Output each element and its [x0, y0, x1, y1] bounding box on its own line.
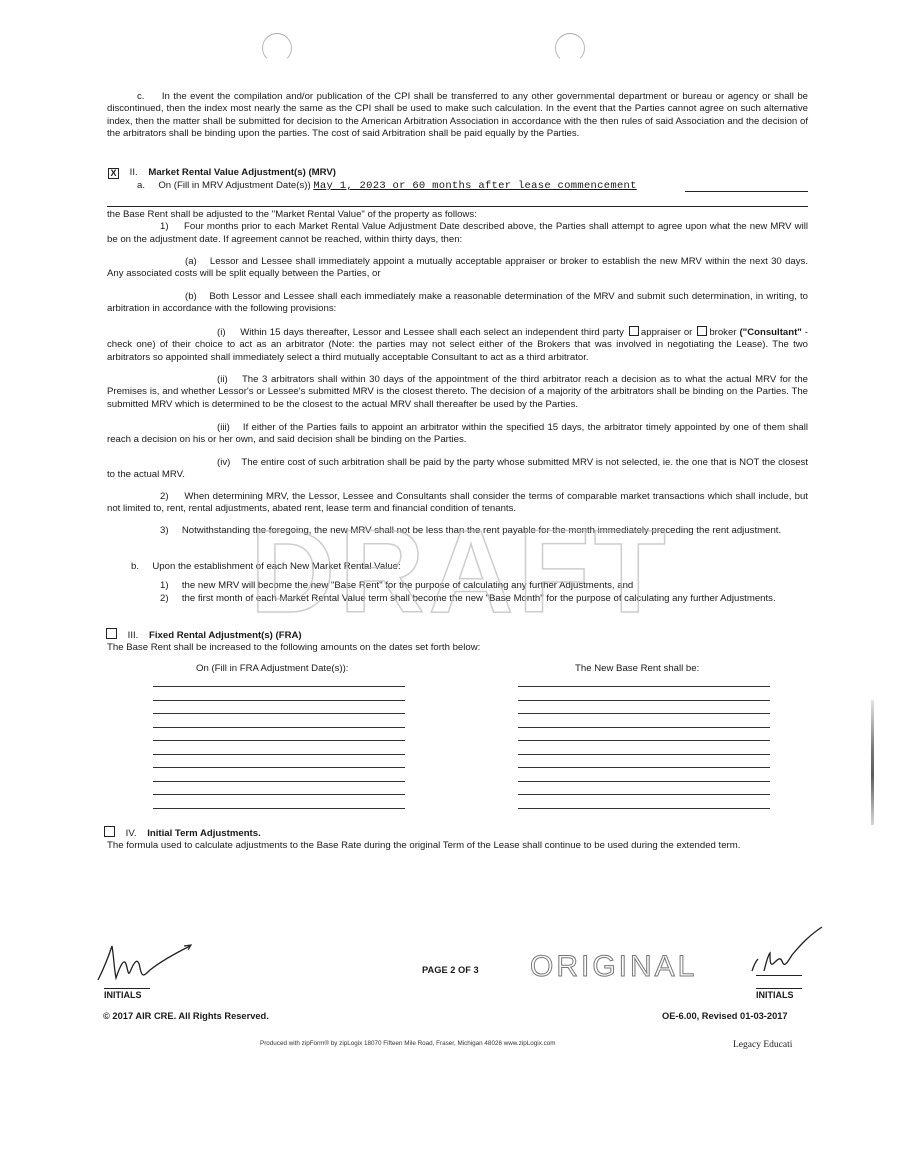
mrv-item-1a: (a) Lessor and Lessee shall immediately … [107, 256, 808, 281]
section-iii-title: Fixed Rental Adjustment(s) (FRA) [149, 630, 302, 641]
fra-rent-line[interactable] [518, 740, 770, 741]
appraiser-option-label: appraiser or [641, 327, 692, 338]
mrv-date-row: a. On (Fill in MRV Adjustment Date(s)) M… [137, 180, 637, 192]
fra-date-line[interactable] [153, 794, 405, 795]
initials-line-right-2 [756, 988, 802, 989]
section-c: c. In the event the compilation and/or p… [107, 91, 808, 141]
broker-checkbox[interactable] [697, 326, 707, 336]
mrv-date-prompt: On (Fill in MRV Adjustment Date(s)) [158, 180, 310, 191]
section-iv-text: The formula used to calculate adjustment… [107, 840, 808, 852]
section-c-text: In the event the compilation and/or publ… [107, 91, 808, 139]
punch-hole-mark [555, 33, 585, 63]
initials-signature-right [748, 925, 828, 985]
appraiser-checkbox[interactable] [629, 326, 639, 336]
scan-edge-artifact [871, 700, 874, 825]
mrv-item-2: 2) When determining MRV, the Lessor, Les… [107, 491, 808, 516]
mrv-date-field[interactable]: May 1, 2023 or 60 months after lease com… [313, 180, 636, 192]
fra-rent-line[interactable] [518, 808, 770, 809]
mrv-b-row: b. Upon the establishment of each New Ma… [131, 561, 401, 572]
fra-rent-line[interactable] [518, 794, 770, 795]
brand-text: Legacy Educati [733, 1040, 792, 1050]
mrv-a-label: a. [137, 180, 145, 191]
mrv-date-line-2 [107, 206, 808, 207]
fra-date-line[interactable] [153, 686, 405, 687]
page-number: PAGE 2 OF 3 [422, 965, 479, 975]
fra-date-line[interactable] [153, 767, 405, 768]
mrv-item-iv: (iv) The entire cost of such arbitration… [107, 457, 808, 482]
section-ii-title: Market Rental Value Adjustment(s) (MRV) [148, 167, 336, 178]
fra-date-line[interactable] [153, 754, 405, 755]
mrv-item-i: (i) Within 15 days thereafter, Lessor an… [107, 326, 808, 364]
fra-rent-line[interactable] [518, 767, 770, 768]
document-page: c. In the event the compilation and/or p… [0, 0, 900, 1165]
section-iii-checkbox[interactable] [106, 628, 117, 639]
mrv-item-iii: (iii) If either of the Parties fails to … [107, 422, 808, 447]
mrv-item-1: 1) Four months prior to each Market Rent… [107, 221, 808, 246]
fra-date-line[interactable] [153, 727, 405, 728]
section-ii-numeral: II. [130, 167, 138, 178]
section-ii-header: X II. Market Rental Value Adjustment(s) … [108, 167, 336, 179]
form-code: OE-6.00, Revised 01-03-2017 [662, 1011, 788, 1021]
initials-label-right: INITIALS [756, 990, 794, 1000]
fra-rent-line[interactable] [518, 700, 770, 701]
fra-date-line[interactable] [153, 713, 405, 714]
producer-credit: Produced with zipForm® by zipLogix 18070… [260, 1040, 556, 1047]
fra-date-line[interactable] [153, 700, 405, 701]
punch-hole-mark [262, 33, 292, 63]
section-iii-header: III. Fixed Rental Adjustment(s) (FRA) [106, 628, 302, 641]
fra-rent-line[interactable] [518, 686, 770, 687]
mrv-b-1: 1) the new MRV will become the new "Base… [107, 580, 808, 592]
mrv-body: the Base Rent shall be adjusted to the "… [107, 209, 808, 246]
fra-date-line[interactable] [153, 781, 405, 782]
fra-date-line[interactable] [153, 740, 405, 741]
section-c-label: c. [137, 91, 144, 102]
broker-option-label: broker [709, 327, 736, 338]
fra-rent-header: The New Base Rent shall be: [575, 663, 699, 674]
fra-rent-line[interactable] [518, 781, 770, 782]
mrv-intro: the Base Rent shall be adjusted to the "… [107, 209, 808, 221]
initials-signature-left [94, 928, 204, 988]
section-iv-header: IV. Initial Term Adjustments. [104, 826, 261, 839]
fra-date-line[interactable] [153, 808, 405, 809]
fra-rent-line[interactable] [518, 727, 770, 728]
mrv-item-1b: (b) Both Lessor and Lessee shall each im… [107, 291, 808, 316]
initials-line-right [756, 975, 802, 976]
mrv-item-3: 3) Notwithstanding the foregoing, the ne… [107, 525, 808, 537]
mrv-item-ii: (ii) The 3 arbitrators shall within 30 d… [107, 374, 808, 411]
section-iv-title: Initial Term Adjustments. [147, 828, 261, 839]
section-iii-intro: The Base Rent shall be increased to the … [107, 642, 480, 653]
fra-rent-line[interactable] [518, 713, 770, 714]
fra-dates-header: On (Fill in FRA Adjustment Date(s)): [196, 663, 348, 674]
mrv-b-2: 2) the first month of each Market Rental… [107, 593, 808, 605]
original-stamp: ORIGINAL [530, 950, 697, 984]
mrv-date-line [685, 191, 808, 192]
section-ii-checkbox[interactable]: X [108, 168, 119, 179]
initials-line-left [104, 988, 150, 989]
section-iv-checkbox[interactable] [104, 826, 115, 837]
fra-rent-line[interactable] [518, 754, 770, 755]
copyright: © 2017 AIR CRE. All Rights Reserved. [103, 1011, 269, 1021]
initials-label-left: INITIALS [104, 990, 142, 1000]
